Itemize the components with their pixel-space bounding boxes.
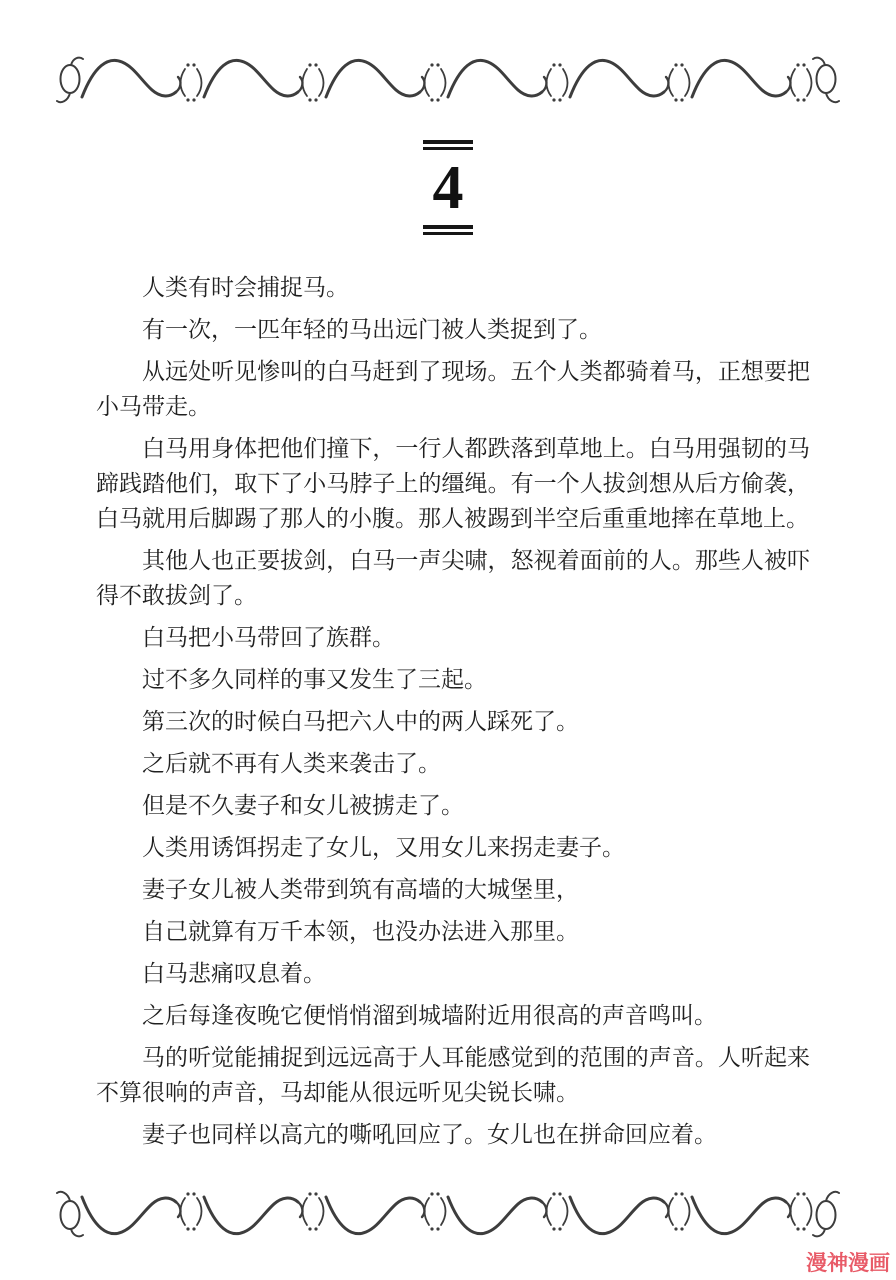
top-border-container — [56, 52, 840, 110]
paragraph: 之后每逢夜晚它便悄悄溜到城墙附近用很高的声音鸣叫。 — [96, 998, 810, 1033]
paragraph: 人类用诱饵拐走了女儿，又用女儿来拐走妻子。 — [96, 830, 810, 865]
paragraph: 白马悲痛叹息着。 — [96, 956, 810, 991]
chapter-heading: 4 — [0, 140, 896, 235]
paragraph: 过不多久同样的事又发生了三起。 — [96, 662, 810, 697]
paragraph: 妻子也同样以高亢的嘶吼回应了。女儿也在拼命回应着。 — [96, 1117, 810, 1152]
flourish-divider-flipped-icon — [56, 1184, 840, 1242]
bottom-border-container — [56, 1184, 840, 1242]
paragraph: 从远处听见惨叫的白马赶到了现场。五个人类都骑着马，正想要把小马带走。 — [96, 354, 810, 424]
paragraph: 其他人也正要拔剑，白马一声尖啸，怒视着面前的人。那些人被吓得不敢拔剑了。 — [96, 543, 810, 613]
chapter-number: 4 — [0, 156, 896, 220]
watermark: 漫神漫画 — [806, 1252, 890, 1276]
flourish-divider-icon — [56, 52, 840, 110]
double-rule-top — [423, 140, 473, 150]
paragraph: 有一次，一匹年轻的马出远门被人类捉到了。 — [96, 312, 810, 347]
paragraph: 自己就算有万千本领，也没办法进入那里。 — [96, 914, 810, 949]
book-page: 4 人类有时会捕捉马。 有一次，一匹年轻的马出远门被人类捉到了。 从远处听见惨叫… — [0, 0, 896, 1280]
paragraph: 白马用身体把他们撞下，一行人都跌落到草地上。白马用强韧的马蹄践踏他们，取下了小马… — [96, 431, 810, 536]
double-rule-bottom — [423, 225, 473, 235]
chapter-body: 人类有时会捕捉马。 有一次，一匹年轻的马出远门被人类捉到了。 从远处听见惨叫的白… — [96, 270, 810, 1159]
paragraph: 马的听觉能捕捉到远远高于人耳能感觉到的范围的声音。人听起来不算很响的声音，马却能… — [96, 1040, 810, 1110]
paragraph: 第三次的时候白马把六人中的两人踩死了。 — [96, 704, 810, 739]
paragraph: 但是不久妻子和女儿被掳走了。 — [96, 788, 810, 823]
paragraph: 白马把小马带回了族群。 — [96, 620, 810, 655]
paragraph: 之后就不再有人类来袭击了。 — [96, 746, 810, 781]
paragraph: 人类有时会捕捉马。 — [96, 270, 810, 305]
paragraph: 妻子女儿被人类带到筑有高墙的大城堡里， — [96, 872, 810, 907]
